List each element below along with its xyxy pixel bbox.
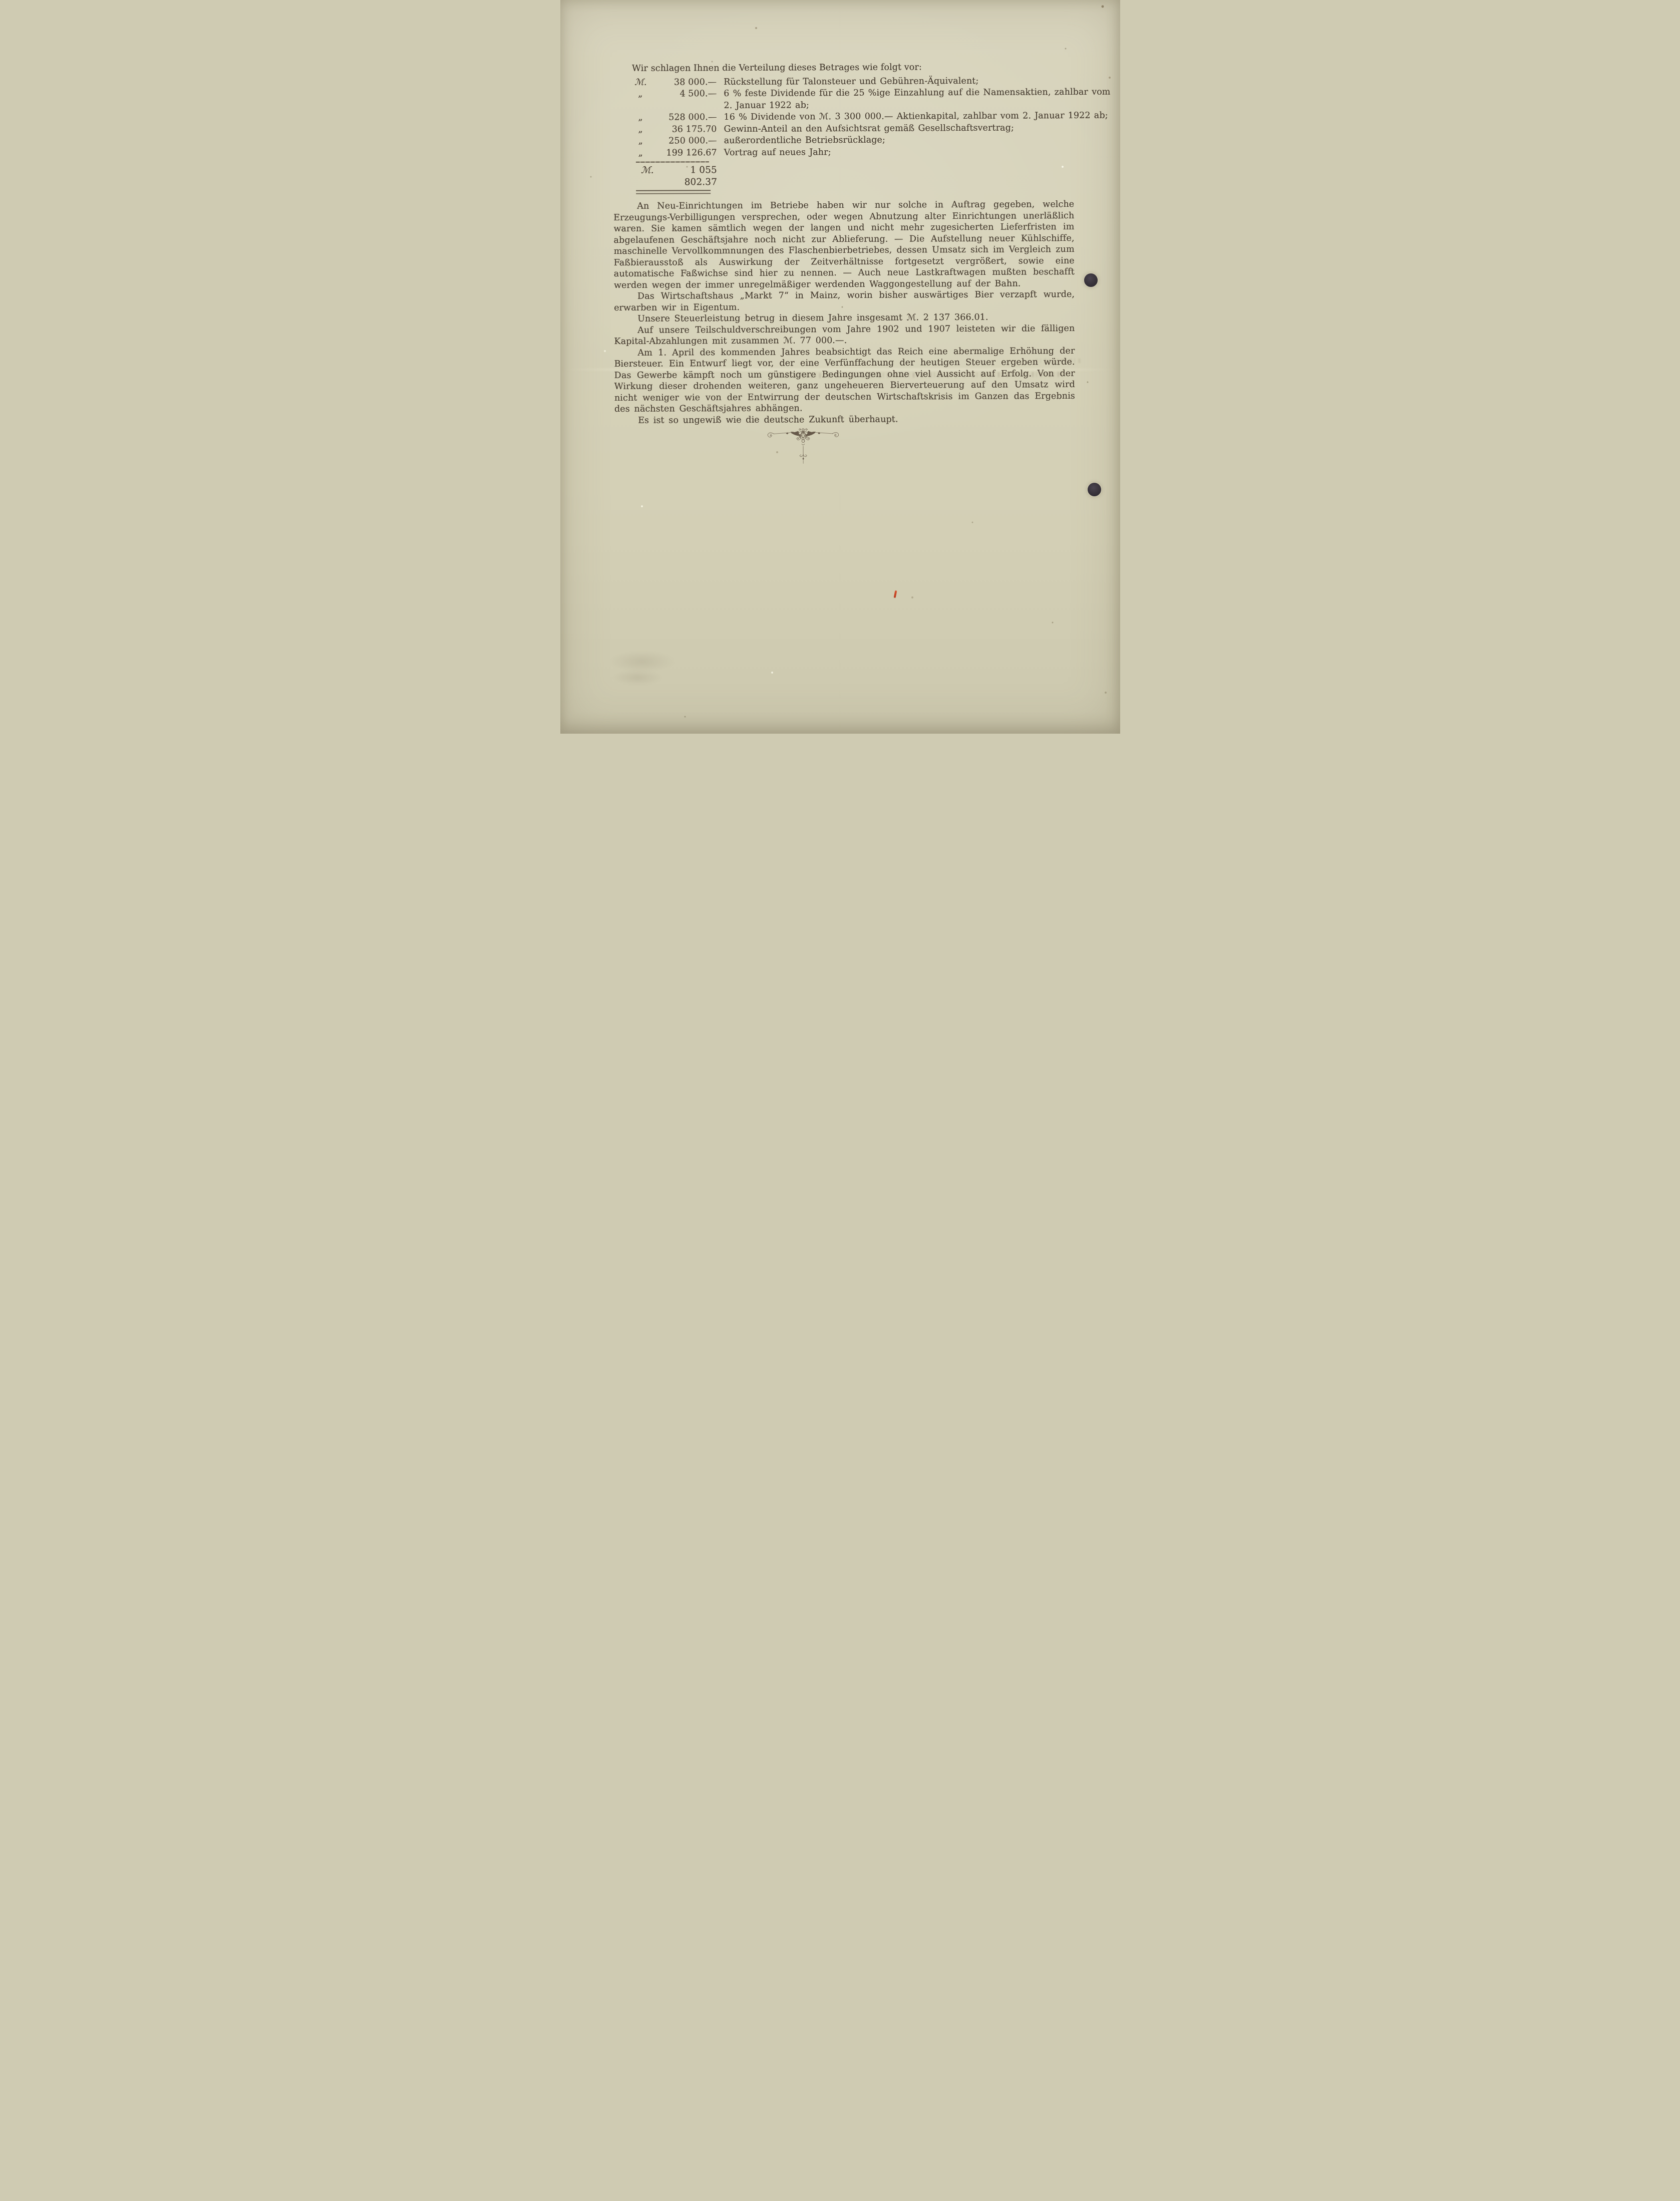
amount-value: 36 175.70 [657, 124, 717, 136]
table-row: „ 199 126.67 Vortrag auf neues Jahr; [634, 146, 1074, 159]
amount-value: 250 000.— [657, 136, 717, 148]
amount-description: Rückstellung für Talonsteuer und Gebühre… [724, 75, 1074, 88]
paragraph: Es ist so ungewiß wie die deutsche Zukun… [614, 413, 1075, 427]
ditto-mark: „ [634, 148, 650, 160]
distribution-table: ℳ. 38 000.— Rückstellung für Talonsteuer… [634, 75, 1074, 194]
paragraph: Auf unsere Teilschuldverschreibungen vom… [614, 323, 1075, 348]
punch-hole [1088, 483, 1101, 496]
paper-smudge [612, 670, 662, 685]
paper-speckles [560, 0, 561, 1]
amount-description: 16 % Dividende von ℳ. 3 300 000.— Aktien… [724, 110, 1108, 124]
amount-description: Gewinn-Anteil an den Aufsichtsrat gemäß … [724, 122, 1074, 136]
total-double-rule [636, 190, 711, 195]
amount-value: 528 000.— [657, 112, 717, 124]
paragraph: Am 1. April des kommenden Jahres beabsic… [614, 346, 1075, 415]
currency-symbol: ℳ. [634, 165, 650, 188]
currency-symbol: ℳ. [634, 77, 650, 89]
red-ink-mark [893, 590, 897, 598]
document-text-block: Wir schlagen Ihnen die Verteilung dieses… [613, 61, 1075, 426]
ditto-mark: „ [634, 124, 650, 136]
amount-value: 4 500.— [657, 88, 717, 112]
scanned-document-page: Wir schlagen Ihnen die Verteilung dieses… [560, 0, 1120, 734]
paragraph: Das Wirtschaftshaus „Markt 7“ in Mainz, … [613, 289, 1074, 313]
paragraph: An Neu-Einrichtungen im Betriebe haben w… [613, 199, 1075, 291]
amount-value: 38 000.— [657, 77, 717, 89]
amount-description: 6 % feste Dividende für die 25 %ige Einz… [724, 87, 1110, 112]
punch-hole [1084, 273, 1098, 287]
amount-value: 199 126.67 [657, 147, 717, 159]
paper-smudge [609, 651, 675, 672]
total-amount: 1 055 802.37 [657, 164, 717, 188]
ditto-mark: „ [634, 112, 650, 124]
total-row: ℳ. 1 055 802.37 [634, 163, 1074, 188]
divider-flourish-icon [765, 423, 840, 464]
ditto-mark: „ [634, 136, 650, 148]
table-row: „ 4 500.— 6 % feste Dividende für die 25… [634, 87, 1074, 112]
ditto-mark: „ [634, 89, 650, 112]
intro-line: Wir schlagen Ihnen die Verteilung dieses… [613, 61, 1074, 75]
amount-description: Vortrag auf neues Jahr; [724, 146, 1074, 159]
amount-description: außerordentliche Betriebsrücklage; [724, 134, 1074, 147]
sum-rule [635, 161, 709, 163]
